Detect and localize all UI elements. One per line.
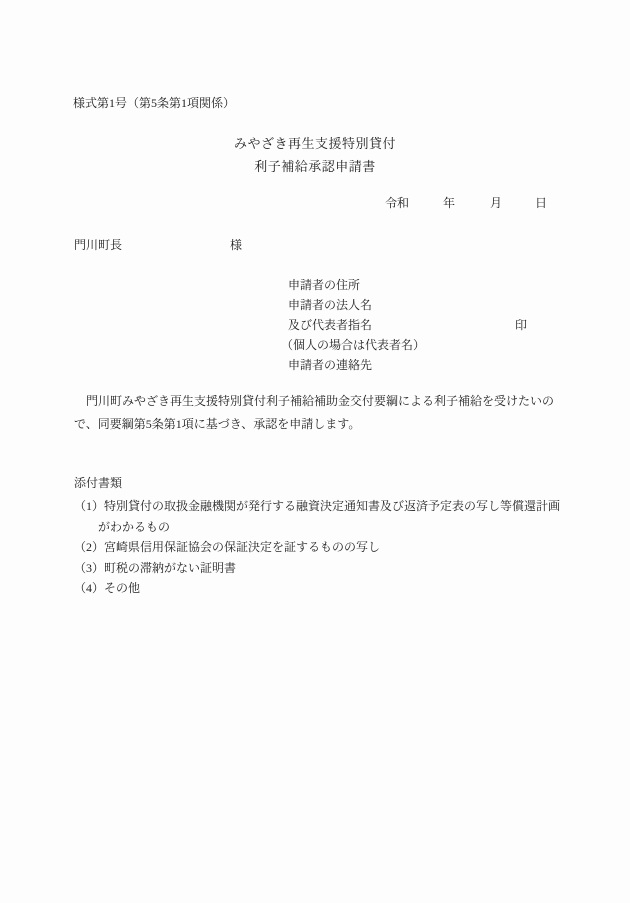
attachments-heading: 添付書類 [74, 476, 122, 491]
applicant-contact-label: 申請者の連絡先 [288, 358, 372, 373]
attachment-item-4: （4）その他 [74, 578, 560, 599]
date-era-label: 令和 [385, 196, 409, 211]
date-year-label: 年 [443, 196, 455, 211]
date-day-label: 日 [535, 196, 547, 211]
application-form-page: 様式第1号（第5条第1項関係） みやざき再生支援特別貸付 利子補給承認申請書 令… [0, 0, 630, 903]
attachment-item-2: （2）宮崎県信用保証協会の保証決定を証するものの写し [74, 537, 560, 558]
applicant-company-name-label: 申請者の法人名 [288, 298, 372, 313]
document-title-line2: 利子補給承認申請書 [0, 159, 630, 175]
addressee-name: 門川町長 [74, 238, 122, 253]
request-statement-paragraph: 門川町みやざき再生支援特別貸付利子補給補助金交付要綱による利子補給を受けたいので… [74, 390, 560, 436]
attachments-list: （1）特別貸付の取扱金融機関が発行する融資決定通知書及び返済予定表の写し等償還計… [74, 496, 560, 599]
seal-mark: 印 [515, 318, 527, 333]
addressee-honorific: 様 [230, 238, 242, 253]
attachment-item-3: （3）町税の滞納がない証明書 [74, 558, 560, 579]
form-number: 様式第1号（第5条第1項関係） [73, 96, 235, 111]
applicant-representative-label: 及び代表者指名 [288, 318, 372, 333]
attachment-item-1: （1）特別貸付の取扱金融機関が発行する融資決定通知書及び返済予定表の写し等償還計… [74, 496, 560, 537]
document-title-line1: みやざき再生支援特別貸付 [0, 136, 630, 152]
date-month-label: 月 [490, 196, 502, 211]
applicant-individual-note: （個人の場合は代表者名） [281, 338, 425, 353]
applicant-address-label: 申請者の住所 [288, 278, 360, 293]
